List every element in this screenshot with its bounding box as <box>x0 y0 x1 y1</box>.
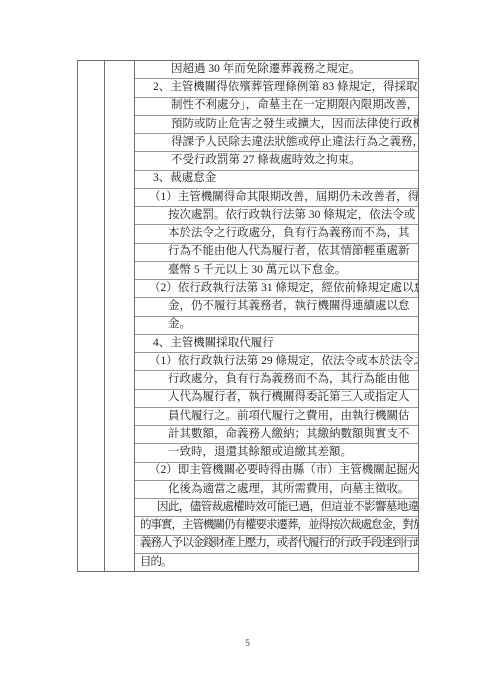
table-text-row: 義務人予以金錢財產上壓力，或者代履行的行政手段達到行政 <box>135 536 418 554</box>
gutter-column-1 <box>78 61 105 571</box>
content-table: 因超過 30 年而免除遷葬義務之規定。2、主管機關得依殯葬管理條例第 83 條規… <box>77 60 419 572</box>
table-text-row: 行為不能由他人代為履行者，依其情節輕重處新 <box>135 244 418 262</box>
table-text-row: 得課予人民除去違法狀態或停止違法行為之義務，並 <box>135 134 418 152</box>
table-text-row: 目的。 <box>135 554 418 571</box>
table-text-row: （1）依行政執行法第 29 條規定，依法令或本於法令之 <box>135 353 418 371</box>
table-text-row: 臺幣 5 千元以上 30 萬元以下怠金。 <box>135 262 418 280</box>
document-page: { "page": { "background": "#ffffff", "nu… <box>0 0 495 700</box>
text-column: 因超過 30 年而免除遷葬義務之規定。2、主管機關得依殯葬管理條例第 83 條規… <box>135 61 418 571</box>
table-text-row: 員代履行之。前項代履行之費用，由執行機關估 <box>135 408 418 426</box>
table-text-row: 化後為適當之處理，其所需費用，向墓主徵收。 <box>135 481 418 499</box>
table-text-row: 金，仍不履行其義務者，執行機關得連續處以怠 <box>135 298 418 316</box>
table-text-row: 按次處罰。依行政執行法第 30 條規定，依法令或 <box>135 207 418 225</box>
table-text-row: 一致時，退還其餘額或追繳其差額。 <box>135 444 418 462</box>
page-number: 5 <box>0 639 495 649</box>
table-text-row: （1）主管機關得命其限期改善，屆期仍未改善者，得 <box>135 189 418 207</box>
table-text-row: 人代為履行者，執行機關得委託第三人或指定人 <box>135 390 418 408</box>
table-text-row: 4、主管機關採取代履行 <box>135 335 418 353</box>
table-text-row: 的事實，主管機關仍有權要求遷葬，並得按次裁處怠金，對於 <box>135 517 418 535</box>
table-text-row: 因此，儘管裁處權時效可能已過，但這並不影響墓地違建 <box>135 499 418 517</box>
table-text-row: 預防或防止危害之發生或擴大，因而法律使行政機關 <box>135 116 418 134</box>
table-text-row: 計其數額，命義務人繳納；其繳納數額與實支不 <box>135 426 418 444</box>
table-text-row: 行政處分，負有行為義務而不為，其行為能由他 <box>135 371 418 389</box>
table-text-row: 3、裁處怠金 <box>135 171 418 189</box>
table-text-row: 因超過 30 年而免除遷葬義務之規定。 <box>135 61 418 79</box>
gutter-column-2 <box>105 61 135 571</box>
table-text-row: 制性不利處分」，命墓主在一定期限內限期改善，基於 <box>135 98 418 116</box>
table-text-row: 金。 <box>135 317 418 335</box>
table-text-row: （2）依行政執行法第 31 條規定，經依前條規定處以怠 <box>135 280 418 298</box>
table-text-row: 本於法令之行政處分，負有行為義務而不為，其 <box>135 225 418 243</box>
table-text-row: 2、主管機關得依殯葬管理條例第 83 條規定，得採取「管 <box>135 79 418 97</box>
table-text-row: （2）即主管機關必要時得由縣（市）主管機關起掘火 <box>135 463 418 481</box>
table-text-row: 不受行政罰第 27 條裁處時效之拘束。 <box>135 152 418 170</box>
